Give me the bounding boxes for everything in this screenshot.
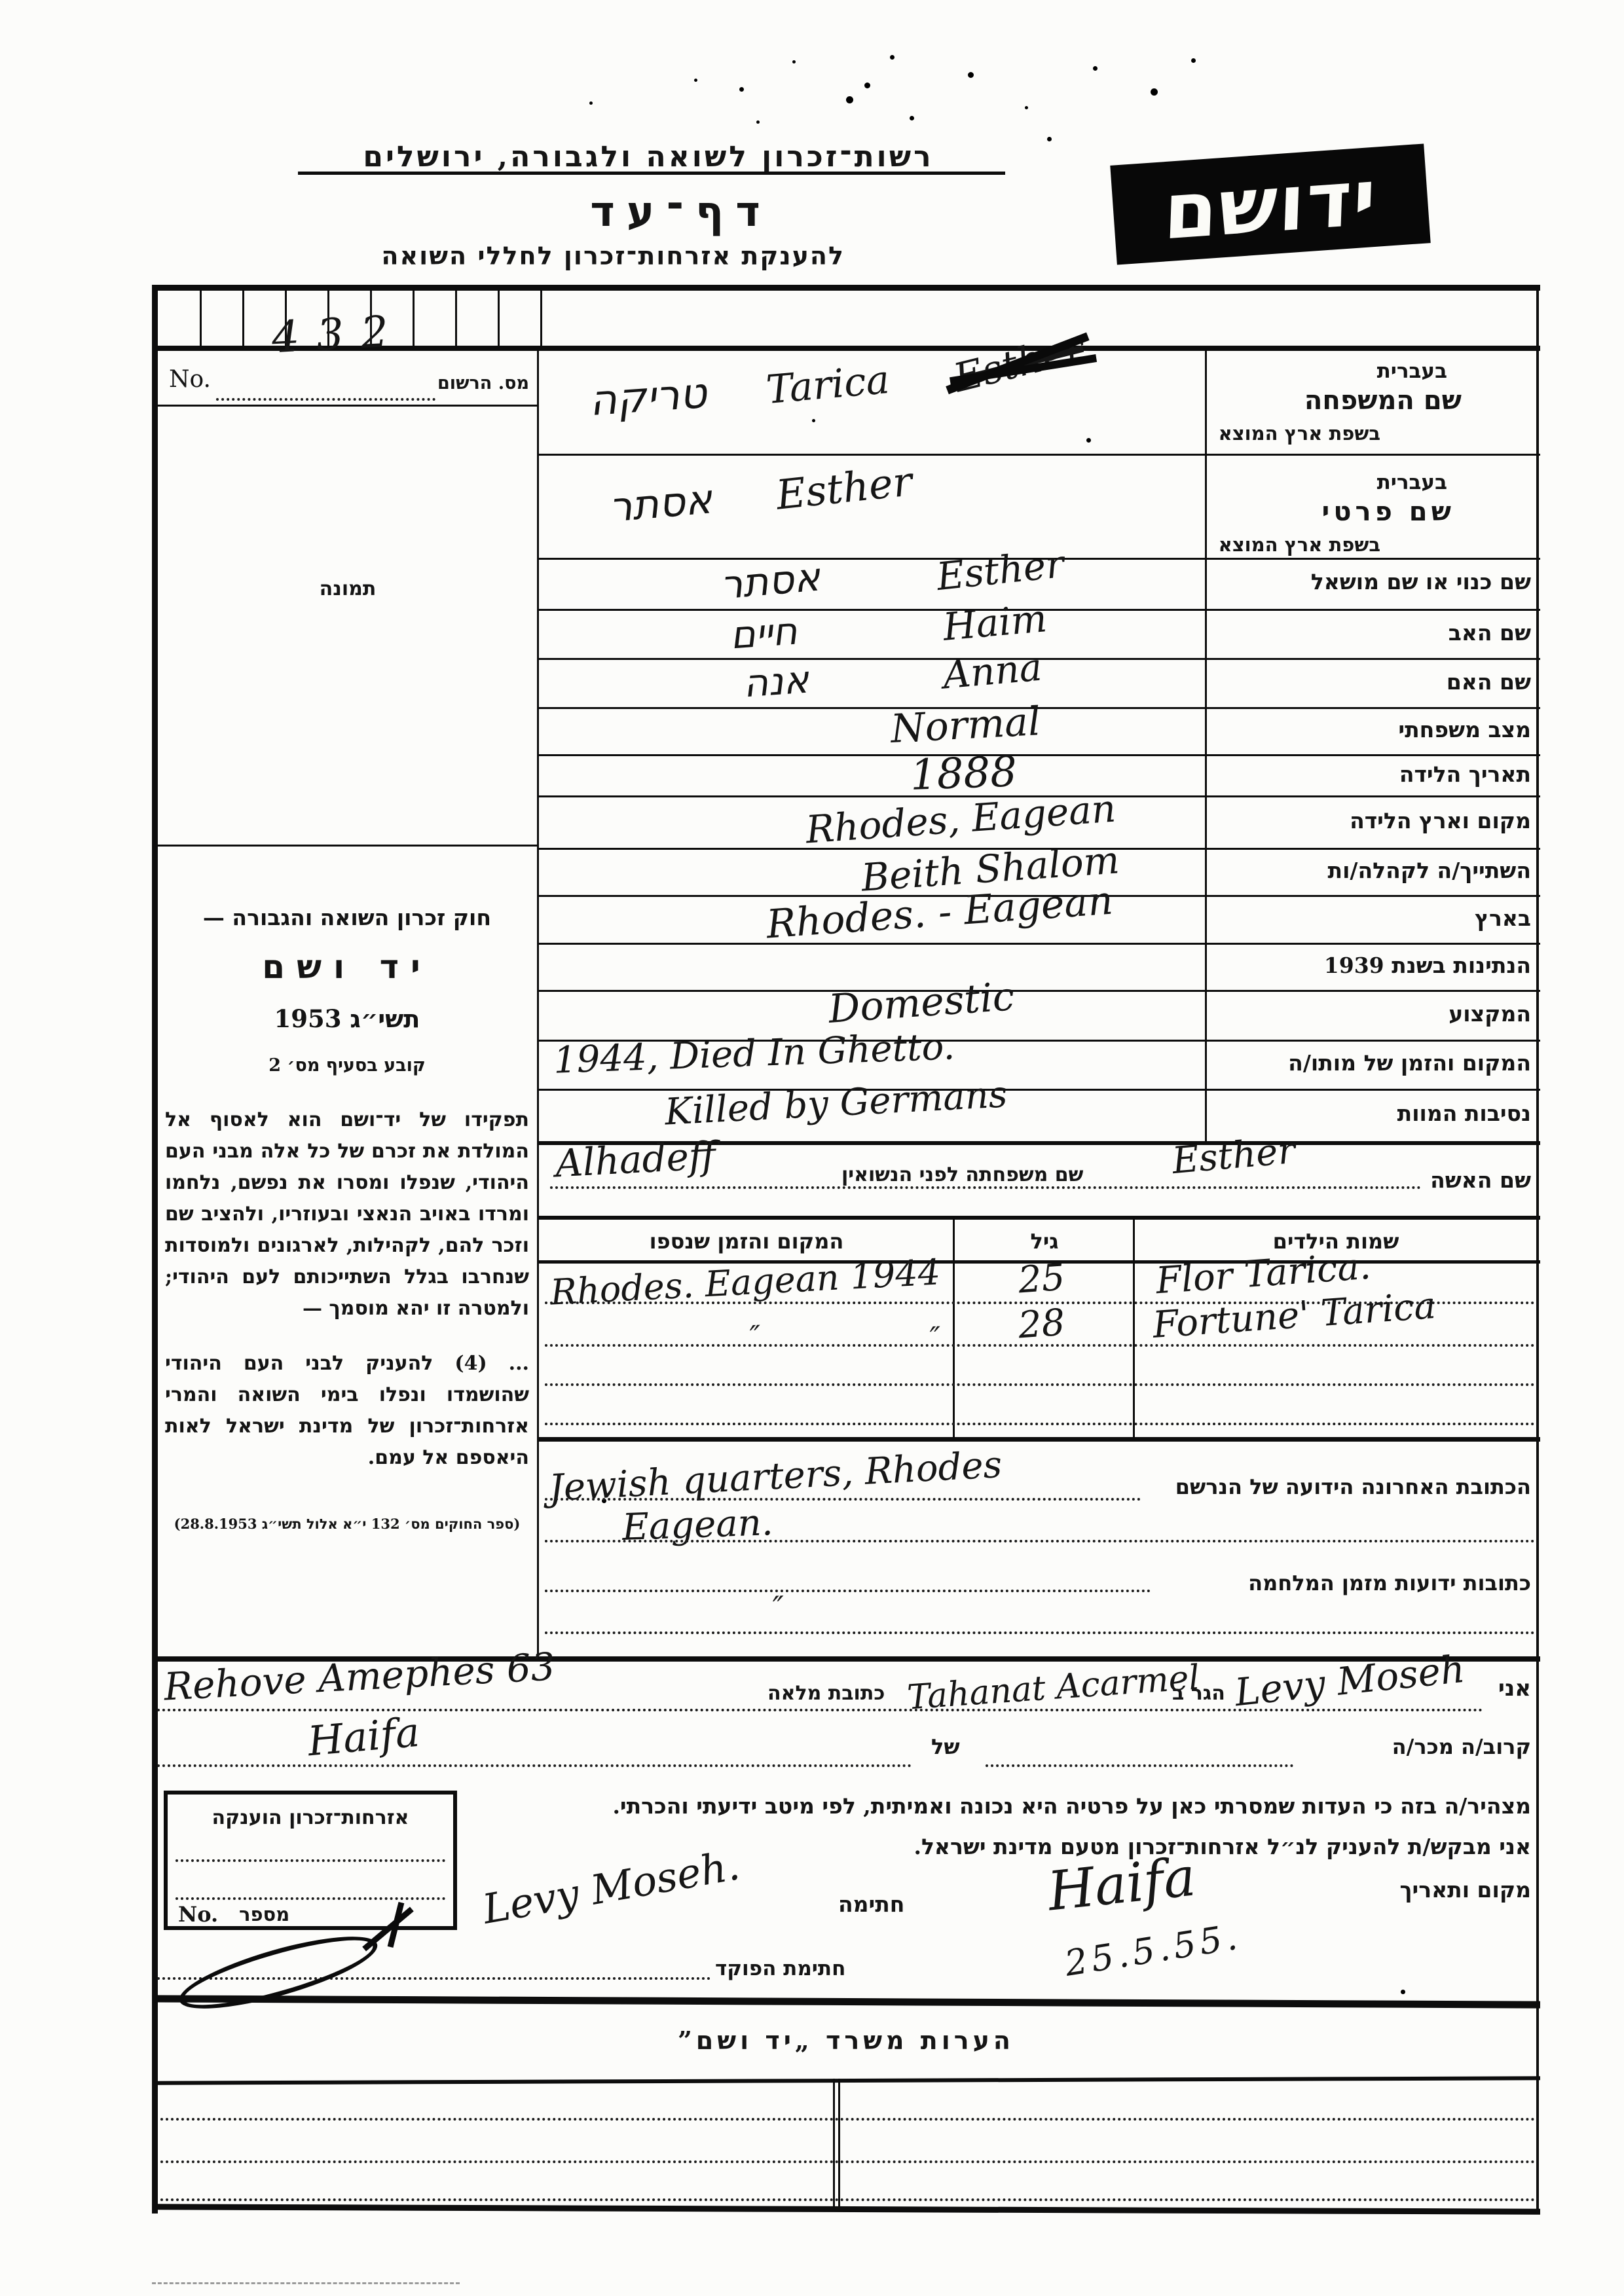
value-father-latin: Haim xyxy=(942,599,1048,646)
label-community: השתייך/ה לקהלה/ות xyxy=(1328,860,1531,881)
law-paragraph-2: ... (4) להעניק לבני העם היהודי שהושמדו ו… xyxy=(165,1348,529,1474)
notes-box-bottom xyxy=(152,2204,1540,2214)
child-row-age: 28 xyxy=(1017,1305,1066,1345)
children-header-age: גיל xyxy=(969,1231,1120,1252)
label-country: בארץ xyxy=(1475,907,1531,929)
authority-underline xyxy=(298,172,1005,175)
relation-dotted-line xyxy=(157,1764,912,1767)
value-given-hebrew: אסתר xyxy=(608,479,714,528)
clerk-signature-scribble xyxy=(173,1922,383,2023)
serial-number-handwritten: 432 xyxy=(270,310,406,360)
value-date: 25.5.55. xyxy=(1062,1919,1243,1982)
law-title-yad-vashem: יד ושם xyxy=(165,947,529,986)
cell-divider xyxy=(540,291,542,346)
label-nickname: שם כנוי או שם מושאל xyxy=(1311,571,1531,592)
yad-vashem-logo: ידושם xyxy=(1110,143,1430,264)
value-place: Haifa xyxy=(1045,1850,1198,1919)
label-of: של xyxy=(931,1736,960,1757)
value-nickname-latin: Esther xyxy=(935,545,1066,596)
row-rule xyxy=(538,754,1540,756)
yad-vashem-logo-text: ידושם xyxy=(1162,158,1378,250)
label-wife-maiden: שם משפחתה לפני הנשואין xyxy=(841,1165,1083,1185)
label-death-place-time: המקום והזמן של מותו/ה xyxy=(1288,1052,1531,1074)
stamp-title: אזרחות־זכרון הוענקה xyxy=(168,1808,453,1828)
law-year: תשי״ג 1953 xyxy=(165,1004,529,1033)
value-birth-place: Rhodes, Eagean xyxy=(805,790,1117,849)
form-title: דף־עד xyxy=(544,191,819,233)
scan-noise xyxy=(812,419,815,422)
label-given-name: שם פרטי xyxy=(1322,499,1455,525)
address-dotted-line xyxy=(545,1498,1141,1501)
notes-center-divider xyxy=(838,2079,840,2206)
value-country: Rhodes. - Eagean xyxy=(766,881,1115,945)
label-full-address: כתובת מלאה xyxy=(767,1684,885,1704)
form-left-border xyxy=(152,285,158,2214)
value-mother-latin: Anna xyxy=(942,648,1044,695)
value-wife-maiden-name: Alhadeff xyxy=(555,1137,717,1183)
label-nationality-1939: הנתינות בשנת 1939 xyxy=(1324,955,1531,976)
testimony-page-scan: רשות־זכרון לשואה ולגבורה, ירושלים דף־עד … xyxy=(0,0,1624,2296)
cell-divider xyxy=(498,291,500,346)
value-death-place-time: 1944, Died In Ghetto. xyxy=(553,1029,955,1079)
value-family-crossed-out: Esther xyxy=(950,329,1088,399)
cell-divider xyxy=(242,291,244,346)
cell-divider xyxy=(200,291,202,346)
label-place-date: מקום ותאריך xyxy=(1399,1879,1531,1901)
notes-title: הערות משרד „יד ושם” xyxy=(152,2028,1540,2053)
label-last-address: הכתובת האחרונה הידועה של הנרשם xyxy=(1175,1476,1531,1497)
photo-box-top xyxy=(157,405,538,407)
value-birth-date: 1888 xyxy=(910,751,1018,797)
value-residence: Tahanat Acarmel xyxy=(906,1660,1201,1715)
row-rule xyxy=(538,990,1540,992)
page-bottom-artifact xyxy=(152,2282,460,2284)
row-rule xyxy=(538,943,1540,945)
stamp-no-label-he: מספר xyxy=(239,1905,289,1924)
serial-dotted-line xyxy=(216,398,435,401)
value-death-cause: Killed by Germans xyxy=(664,1076,1008,1131)
children-row-line xyxy=(545,1383,1535,1386)
law-section: קובע בסעיף מס׳ 2 xyxy=(165,1055,529,1076)
form-right-border xyxy=(1536,285,1539,2214)
photo-placeholder-label: תמונה xyxy=(157,579,538,599)
serial-no-label-en: No. xyxy=(169,368,211,392)
value-address-line2: Haifa xyxy=(306,1712,422,1762)
value-father-hebrew: חיים xyxy=(729,612,798,655)
serial-no-label-he: מס. הרשום xyxy=(437,374,529,392)
law-text-block: חוק זכרון השואה והגבורה — יד ושם תשי״ג 1… xyxy=(165,905,529,1532)
notes-row-line xyxy=(160,2198,1536,2201)
authority-title: רשות־זכרון לשואה ולגבורה, ירושלים xyxy=(295,143,1002,172)
child-row-place-ditto: ″ xyxy=(749,1322,761,1352)
scan-noise xyxy=(694,79,697,82)
photo-box-bottom xyxy=(157,845,538,847)
label-given-origin: בשפת ארץ המוצא xyxy=(1219,536,1380,555)
cell-divider xyxy=(413,291,415,346)
declaration-dotted-line xyxy=(157,1709,1483,1711)
value-war-address-ditto: ″ xyxy=(772,1592,784,1623)
label-family-hebrew: בעברית xyxy=(1377,361,1447,382)
declaration-statement: מצהיר/ה בזה כי העדות שמסרתי כאן על פרטיה… xyxy=(612,1795,1531,1817)
label-relation: קרוב/ה מכר/ה xyxy=(1392,1736,1531,1757)
label-father: שם האב xyxy=(1449,622,1531,644)
value-nickname-hebrew: אסתר xyxy=(719,557,822,605)
label-given-hebrew: בעברית xyxy=(1377,473,1447,493)
value-family-hebrew: טריקה xyxy=(588,373,708,422)
law-footnote: (ספר החוקים מס׳ 132 י״א אלול תשי״ג 28.8.… xyxy=(165,1516,529,1532)
label-profession: המקצוע xyxy=(1449,1003,1531,1025)
children-header-place: המקום והזמן שנספו xyxy=(589,1231,904,1252)
address-dotted-line xyxy=(545,1631,1535,1634)
label-birth-date: תאריך הלידה xyxy=(1399,763,1531,785)
label-birth-place: מקום וארץ הלידה xyxy=(1350,810,1531,831)
stamp-dotted-line xyxy=(175,1859,445,1862)
stamp-no-label-en: No. xyxy=(178,1904,218,1925)
cell-divider xyxy=(455,291,457,346)
relation-dotted-line xyxy=(986,1764,1293,1767)
children-col-divider xyxy=(1133,1216,1135,1437)
left-column-divider xyxy=(537,346,539,1659)
notes-top-wavy-rule xyxy=(152,1995,1540,2008)
address-dotted-line xyxy=(545,1540,1535,1542)
children-col-divider xyxy=(953,1216,955,1437)
label-marital: מצב משפחתי xyxy=(1398,719,1531,740)
value-marital: Normal xyxy=(890,702,1042,749)
law-paragraph-1: תפקידו של יד־ושם הוא לאסוף אל המולדת את … xyxy=(165,1104,529,1324)
row-rule xyxy=(538,454,1540,456)
declaration-request: אני מבקש/ת להעניק לנ״ל אזרחות־זכרון מטעם… xyxy=(913,1836,1531,1857)
notes-box-top xyxy=(152,2076,1540,2085)
value-wife-first-name: Esther xyxy=(1171,1133,1297,1180)
child-row-place-ditto: ″ xyxy=(929,1324,941,1353)
label-death-cause: נסיבות המוות xyxy=(1397,1102,1531,1124)
label-signature: חתימה xyxy=(838,1893,904,1915)
notes-row-line xyxy=(160,2118,1536,2121)
value-family-latin: Tarica xyxy=(765,360,891,410)
stamp-dotted-line xyxy=(175,1897,445,1900)
value-given-latin: Esther xyxy=(774,461,914,515)
label-column-divider xyxy=(1205,346,1207,1143)
value-signature: Levy Moseh. xyxy=(480,1845,743,1930)
notes-center-divider xyxy=(833,2079,835,2206)
label-family-name: שם המשפחה xyxy=(1304,388,1462,414)
children-row-line xyxy=(545,1423,1535,1425)
form-subtitle: להענקת אזרחות־זכרון לחללי השואה xyxy=(386,244,845,268)
value-mother-hebrew: אנה xyxy=(742,661,810,703)
children-table-top xyxy=(538,1216,1540,1220)
label-family-origin: בשפת ארץ המוצא xyxy=(1219,424,1380,443)
law-title: חוק זכרון השואה והגבורה — xyxy=(165,905,529,930)
children-table-bottom xyxy=(538,1437,1540,1442)
notes-row-line xyxy=(160,2160,1536,2163)
label-mother: שם האם xyxy=(1447,671,1531,693)
wife-dotted-line xyxy=(550,1186,1421,1189)
label-i: אני xyxy=(1498,1677,1531,1700)
top-rule xyxy=(152,285,1540,291)
address-dotted-line xyxy=(545,1590,1151,1592)
value-profession: Domestic xyxy=(827,977,1016,1029)
label-clerk-signature: חתימת הפוקד xyxy=(715,1959,845,1979)
child-row-age: 25 xyxy=(1017,1260,1066,1300)
label-war-addresses: כתובות ידועות מזמן המלחמה xyxy=(1248,1573,1531,1594)
label-wife: שם האשה xyxy=(1430,1169,1531,1191)
